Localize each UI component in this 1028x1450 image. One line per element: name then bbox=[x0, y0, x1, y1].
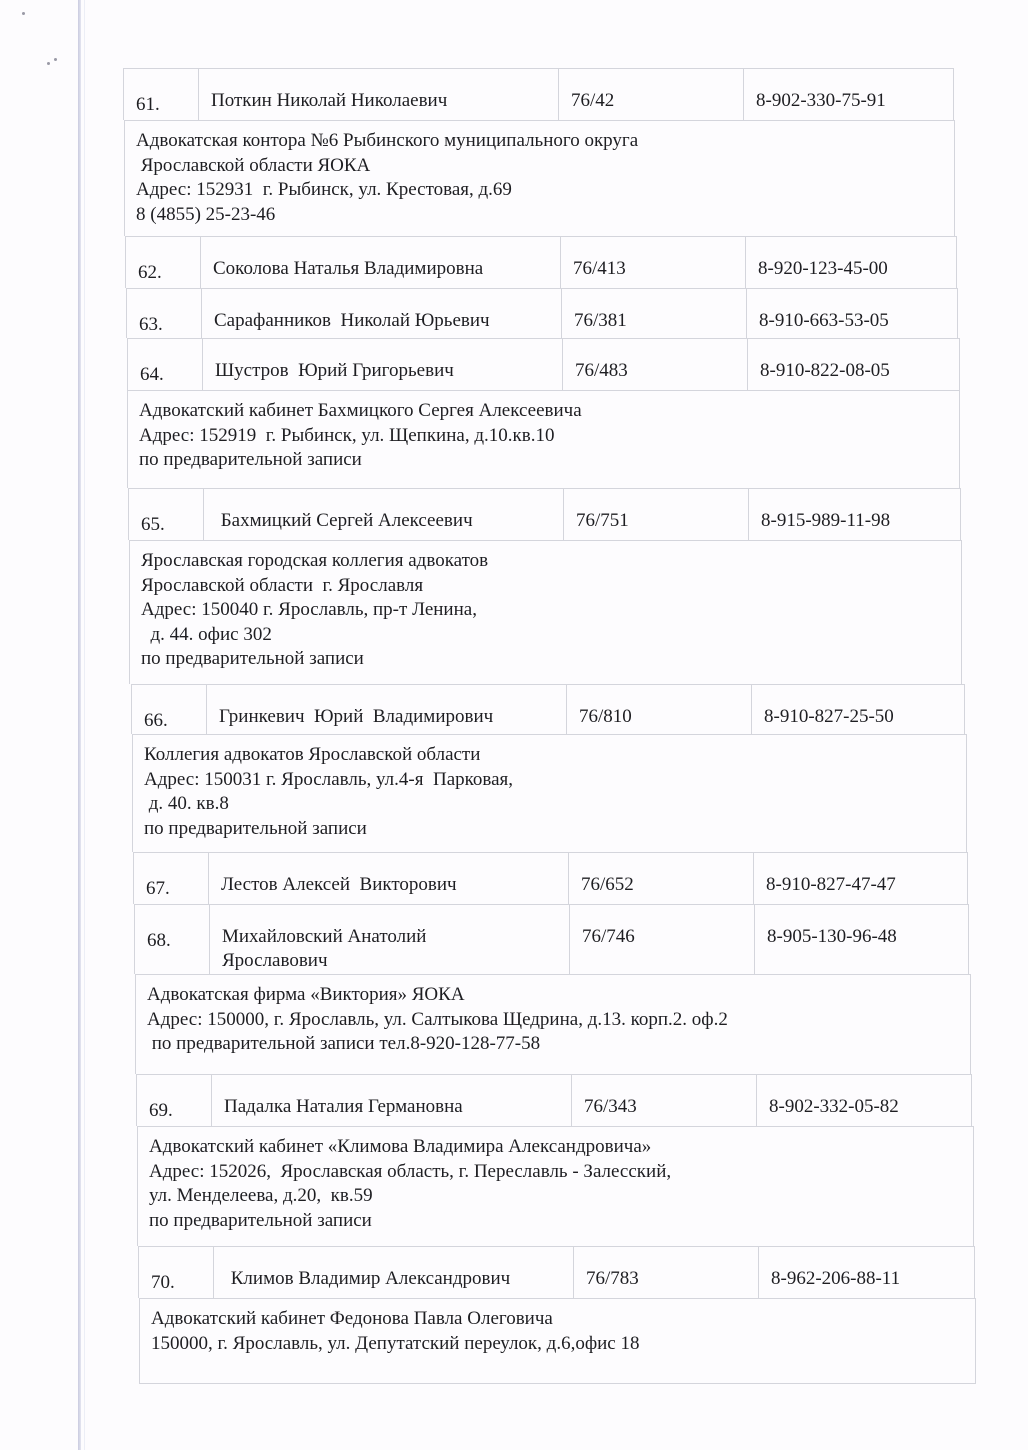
attorney-row: 63.Сарафанников Николай Юрьевич76/3818-9… bbox=[126, 288, 958, 338]
organization-detail-line: Адрес: 152931 г. Рыбинск, ул. Крестовая,… bbox=[136, 178, 954, 203]
registry-number: 76/343 bbox=[584, 1095, 637, 1119]
attorney-name: Сарафанников Николай Юрьевич bbox=[214, 309, 490, 333]
attorney-row-cells: 69.Падалка Наталия Германовна76/3438-902… bbox=[137, 1075, 971, 1126]
registry-number-cell: 76/483 bbox=[563, 339, 748, 390]
attorney-row: 66.Гринкевич Юрий Владимирович76/8108-91… bbox=[131, 684, 965, 734]
registry-number-cell: 76/783 bbox=[574, 1247, 759, 1298]
organization-info: Ярославская городская коллегия адвокатов… bbox=[130, 541, 961, 672]
organization-detail-line: Адрес: 152919 г. Рыбинск, ул. Щепкина, д… bbox=[139, 424, 959, 449]
organization-info: Адвокатская контора №6 Рыбинского муници… bbox=[125, 121, 954, 227]
attorney-row: 69.Падалка Наталия Германовна76/3438-902… bbox=[136, 1074, 972, 1126]
organization-info: Адвокатский кабинет Бахмицкого Сергея Ал… bbox=[128, 391, 959, 473]
phone-number-cell: 8-962-206-88-11 bbox=[759, 1247, 974, 1298]
registry-number-cell: 76/413 bbox=[561, 237, 746, 288]
attorney-name-cell: Бахмицкий Сергей Алексеевич bbox=[204, 489, 564, 540]
phone-number-cell: 8-905-130-96-48 bbox=[755, 905, 968, 974]
row-number: 64. bbox=[140, 363, 164, 387]
registry-number-cell: 76/751 bbox=[564, 489, 749, 540]
organization-name: Адвокатский кабинет Федонова Павла Олего… bbox=[151, 1307, 975, 1332]
phone-number: 8-902-330-75-91 bbox=[756, 89, 886, 113]
organization-detail-line: Адрес: 150000, г. Ярославль, ул. Салтыко… bbox=[147, 1008, 970, 1033]
phone-number-cell: 8-920-123-45-00 bbox=[746, 237, 956, 288]
phone-number: 8-910-827-25-50 bbox=[764, 705, 894, 729]
attorney-row-cells: 64.Шустров Юрий Григорьевич76/4838-910-8… bbox=[128, 339, 959, 390]
phone-number: 8-962-206-88-11 bbox=[771, 1267, 900, 1291]
registry-number-cell: 76/652 bbox=[569, 853, 754, 904]
phone-number: 8-910-827-47-47 bbox=[766, 873, 896, 897]
row-number-cell: 61. bbox=[124, 69, 199, 120]
organization-block: Адвокатский кабинет «Климова Владимира А… bbox=[137, 1126, 974, 1246]
phone-number: 8-915-989-11-98 bbox=[761, 509, 890, 533]
row-number-cell: 70. bbox=[139, 1247, 214, 1298]
phone-number: 8-910-822-08-05 bbox=[760, 359, 890, 383]
attorney-row-cells: 65. Бахмицкий Сергей Алексеевич76/7518-9… bbox=[129, 489, 960, 540]
organization-detail-line: Ярославской области г. Ярославля bbox=[141, 574, 961, 599]
registry-number: 76/810 bbox=[579, 705, 632, 729]
organization-detail-line: по предварительной записи bbox=[139, 448, 959, 473]
organization-detail-line: д. 40. кв.8 bbox=[144, 792, 966, 817]
attorney-row: 67.Лестов Алексей Викторович76/6528-910-… bbox=[133, 852, 968, 904]
phone-number-cell: 8-910-827-47-47 bbox=[754, 853, 967, 904]
row-number-cell: 67. bbox=[134, 853, 209, 904]
organization-info: Адвокатская фирма «Виктория» ЯОКААдрес: … bbox=[136, 975, 970, 1057]
attorney-row: 62.Соколова Наталья Владимировна76/4138-… bbox=[125, 236, 957, 288]
scan-speck bbox=[54, 58, 57, 61]
registry-number: 76/413 bbox=[573, 257, 626, 281]
registry-number: 76/381 bbox=[574, 309, 627, 333]
phone-number: 8-902-332-05-82 bbox=[769, 1095, 899, 1119]
row-number: 69. bbox=[149, 1099, 173, 1123]
organization-name: Коллегия адвокатов Ярославской области bbox=[144, 743, 966, 768]
registry-number: 76/483 bbox=[575, 359, 628, 383]
attorney-row: 64.Шустров Юрий Григорьевич76/4838-910-8… bbox=[127, 338, 960, 390]
attorney-row-cells: 63.Сарафанников Николай Юрьевич76/3818-9… bbox=[127, 289, 957, 338]
organization-detail-line: по предварительной записи тел.8-920-128-… bbox=[147, 1032, 970, 1057]
organization-info: Коллегия адвокатов Ярославской областиАд… bbox=[133, 735, 966, 841]
attorney-name-cell: Лестов Алексей Викторович bbox=[209, 853, 569, 904]
organization-block: Адвокатская контора №6 Рыбинского муници… bbox=[124, 120, 955, 236]
attorney-name-cell: Сарафанников Николай Юрьевич bbox=[202, 289, 562, 338]
organization-detail-line: Адрес: 150031 г. Ярославль, ул.4-я Парко… bbox=[144, 768, 966, 793]
phone-number-cell: 8-910-822-08-05 bbox=[748, 339, 959, 390]
organization-detail-line: 8 (4855) 25-23-46 bbox=[136, 203, 954, 228]
scan-edge bbox=[78, 0, 81, 1450]
attorney-row-cells: 67.Лестов Алексей Викторович76/6528-910-… bbox=[134, 853, 967, 904]
registry-number-cell: 76/746 bbox=[570, 905, 755, 974]
organization-info: Адвокатский кабинет Федонова Павла Олего… bbox=[140, 1299, 975, 1356]
organization-detail-line: по предварительной записи bbox=[149, 1209, 973, 1234]
phone-number-cell: 8-910-663-53-05 bbox=[747, 289, 957, 338]
row-number-cell: 66. bbox=[132, 685, 207, 734]
organization-detail-line: д. 44. офис 302 bbox=[141, 623, 961, 648]
attorney-name: Климов Владимир Александрович bbox=[226, 1267, 510, 1291]
attorney-name-cell: Гринкевич Юрий Владимирович bbox=[207, 685, 567, 734]
attorney-name-cell: Соколова Наталья Владимировна bbox=[201, 237, 561, 288]
organization-detail-line: Адрес: 152026, Ярославская область, г. П… bbox=[149, 1160, 973, 1185]
row-number-cell: 62. bbox=[126, 237, 201, 288]
registry-number: 76/783 bbox=[586, 1267, 639, 1291]
organization-detail-line: по предварительной записи bbox=[141, 647, 961, 672]
row-number: 63. bbox=[139, 313, 163, 337]
attorney-name-cell: Шустров Юрий Григорьевич bbox=[203, 339, 563, 390]
organization-detail-line: по предварительной записи bbox=[144, 817, 966, 842]
organization-block: Коллегия адвокатов Ярославской областиАд… bbox=[132, 734, 967, 852]
attorney-name: Поткин Николай Николаевич bbox=[211, 89, 447, 113]
row-number: 67. bbox=[146, 877, 170, 901]
attorney-name-cell: Падалка Наталия Германовна bbox=[212, 1075, 572, 1126]
row-number-cell: 64. bbox=[128, 339, 203, 390]
attorney-row: 68.Михайловский Анатолий Ярославович76/7… bbox=[134, 904, 969, 974]
registry-number-cell: 76/343 bbox=[572, 1075, 757, 1126]
attorney-row: 70. Климов Владимир Александрович76/7838… bbox=[138, 1246, 975, 1298]
phone-number-cell: 8-910-827-25-50 bbox=[752, 685, 964, 734]
organization-detail-line: 150000, г. Ярославль, ул. Депутатский пе… bbox=[151, 1332, 975, 1357]
organization-block: Ярославская городская коллегия адвокатов… bbox=[129, 540, 962, 684]
phone-number-cell: 8-902-330-75-91 bbox=[744, 69, 953, 120]
registry-number: 76/751 bbox=[576, 509, 629, 533]
attorney-name: Шустров Юрий Григорьевич bbox=[215, 359, 454, 383]
row-number: 62. bbox=[138, 261, 162, 285]
registry-number-cell: 76/42 bbox=[559, 69, 744, 120]
organization-name: Адвокатский кабинет Бахмицкого Сергея Ал… bbox=[139, 399, 959, 424]
row-number-cell: 63. bbox=[127, 289, 202, 338]
registry-number: 76/652 bbox=[581, 873, 634, 897]
attorney-row: 65. Бахмицкий Сергей Алексеевич76/7518-9… bbox=[128, 488, 961, 540]
row-number: 65. bbox=[141, 513, 165, 537]
organization-block: Адвокатский кабинет Бахмицкого Сергея Ал… bbox=[127, 390, 960, 488]
attorney-name: Гринкевич Юрий Владимирович bbox=[219, 705, 493, 729]
attorney-name: Лестов Алексей Викторович bbox=[221, 873, 457, 897]
phone-number: 8-910-663-53-05 bbox=[759, 309, 889, 333]
row-number-cell: 68. bbox=[135, 905, 210, 974]
registry-number: 76/42 bbox=[571, 89, 614, 113]
attorney-row-cells: 70. Климов Владимир Александрович76/7838… bbox=[139, 1247, 974, 1298]
row-number: 70. bbox=[151, 1271, 175, 1295]
phone-number-cell: 8-915-989-11-98 bbox=[749, 489, 960, 540]
organization-detail-line: Ярославской области ЯОКА bbox=[136, 154, 954, 179]
registry-number-cell: 76/810 bbox=[567, 685, 752, 734]
organization-block: Адвокатский кабинет Федонова Павла Олего… bbox=[139, 1298, 976, 1384]
organization-name: Ярославская городская коллегия адвокатов bbox=[141, 549, 961, 574]
attorney-row-cells: 66.Гринкевич Юрий Владимирович76/8108-91… bbox=[132, 685, 964, 734]
phone-number: 8-920-123-45-00 bbox=[758, 257, 888, 281]
attorney-row: 61.Поткин Николай Николаевич76/428-902-3… bbox=[123, 68, 954, 120]
registry-number-cell: 76/381 bbox=[562, 289, 747, 338]
registry-number: 76/746 bbox=[582, 925, 635, 949]
attorney-name: Падалка Наталия Германовна bbox=[224, 1095, 463, 1119]
organization-info: Адвокатский кабинет «Климова Владимира А… bbox=[138, 1127, 973, 1233]
attorney-name-cell: Климов Владимир Александрович bbox=[214, 1247, 574, 1298]
row-number: 61. bbox=[136, 93, 160, 117]
organization-detail-line: Адрес: 150040 г. Ярославль, пр-т Ленина, bbox=[141, 598, 961, 623]
attorney-name: Соколова Наталья Владимировна bbox=[213, 257, 483, 281]
attorney-row-cells: 61.Поткин Николай Николаевич76/428-902-3… bbox=[124, 69, 953, 120]
attorney-name-cell: Михайловский Анатолий Ярославович bbox=[210, 905, 570, 974]
attorney-name: Михайловский Анатолий Ярославович bbox=[222, 925, 426, 973]
organization-name: Адвокатский кабинет «Климова Владимира А… bbox=[149, 1135, 973, 1160]
attorney-name-cell: Поткин Николай Николаевич bbox=[199, 69, 559, 120]
phone-number-cell: 8-902-332-05-82 bbox=[757, 1075, 971, 1126]
phone-number: 8-905-130-96-48 bbox=[767, 925, 897, 949]
scan-speck bbox=[47, 62, 50, 65]
row-number: 66. bbox=[144, 709, 168, 733]
scan-speck bbox=[22, 12, 25, 15]
organization-detail-line: ул. Менделеева, д.20, кв.59 bbox=[149, 1184, 973, 1209]
organization-name: Адвокатская контора №6 Рыбинского муници… bbox=[136, 129, 954, 154]
organization-block: Адвокатская фирма «Виктория» ЯОКААдрес: … bbox=[135, 974, 971, 1074]
row-number-cell: 69. bbox=[137, 1075, 212, 1126]
attorney-row-cells: 68.Михайловский Анатолий Ярославович76/7… bbox=[135, 905, 968, 974]
organization-name: Адвокатская фирма «Виктория» ЯОКА bbox=[147, 983, 970, 1008]
scan-edge-line bbox=[84, 0, 85, 1450]
attorney-name: Бахмицкий Сергей Алексеевич bbox=[216, 509, 473, 533]
row-number: 68. bbox=[147, 929, 171, 953]
row-number-cell: 65. bbox=[129, 489, 204, 540]
attorney-row-cells: 62.Соколова Наталья Владимировна76/4138-… bbox=[126, 237, 956, 288]
